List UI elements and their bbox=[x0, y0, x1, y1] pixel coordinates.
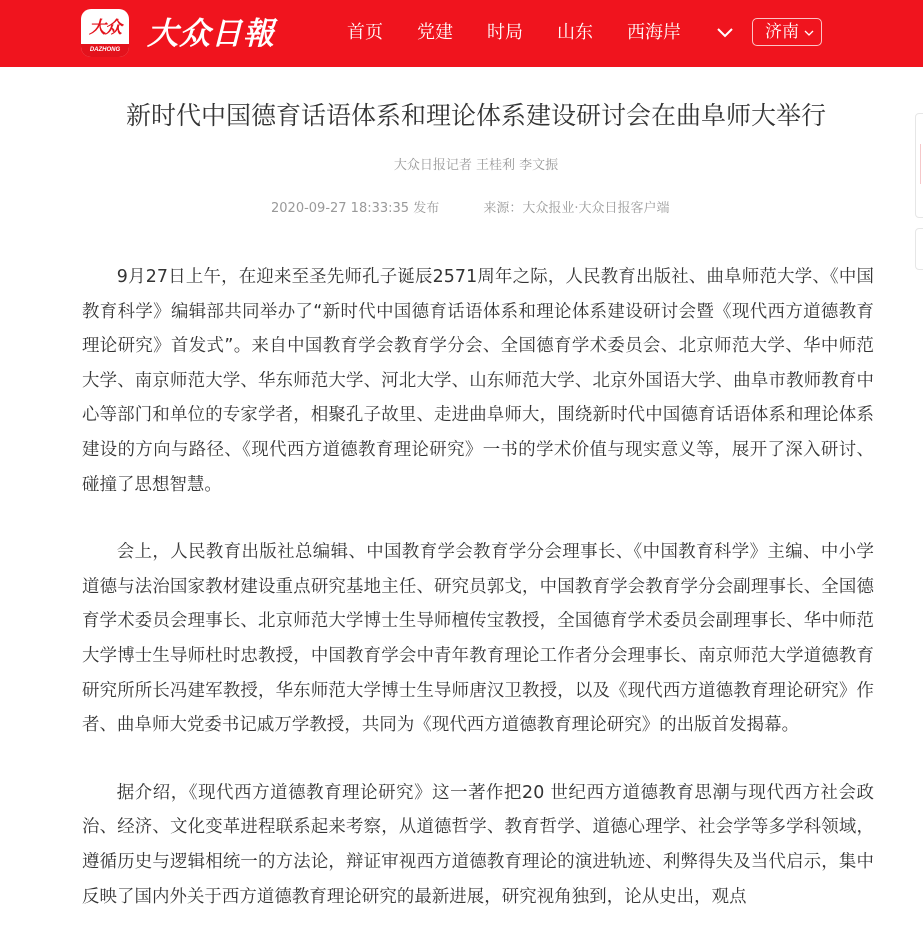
article-meta: 2020-09-27 18:33:35 发布 来源：大众报业·大众日报客户端 bbox=[271, 198, 669, 220]
nav-item-west-coast[interactable]: 西海岸 bbox=[627, 20, 681, 46]
app-logo-band: DAZHONG bbox=[81, 44, 129, 57]
city-selector-label: 济南 bbox=[765, 19, 799, 45]
nav-item-shandong[interactable]: 山东 bbox=[557, 20, 593, 46]
article-source: 来源：大众报业·大众日报客户端 bbox=[483, 201, 669, 216]
article-body: 9月27日上午，在迎来至圣先师孔子诞辰2571周年之际，人民教育出版社、曲阜师范… bbox=[82, 260, 874, 914]
site-header: 大众 DAZHONG 大众日報 首页 党建 时局 山东 西海岸 济南 bbox=[0, 0, 923, 67]
article-paragraph: 9月27日上午，在迎来至圣先师孔子诞辰2571周年之际，人民教育出版社、曲阜师范… bbox=[82, 260, 874, 502]
article-paragraph: 据介绍，《现代西方道德教育理论研究》这一著作把20 世纪西方道德教育思潮与现代西… bbox=[82, 776, 874, 914]
article-title: 新时代中国德育话语体系和理论体系建设研讨会在曲阜师大举行 bbox=[0, 96, 923, 136]
app-logo-glyph: 大众 bbox=[85, 13, 125, 43]
brand-logo[interactable]: 大众日報 bbox=[147, 12, 275, 56]
publish-time: 2020-09-27 18:33:35 发布 bbox=[271, 201, 439, 216]
floating-action-button[interactable] bbox=[915, 228, 923, 270]
article-paragraph: 会上，人民教育出版社总编辑、中国教育学会教育学分会理事长、《中国教育科学》主编、… bbox=[82, 535, 874, 743]
nav-more-button[interactable] bbox=[714, 22, 736, 44]
nav-item-current-affairs[interactable]: 时局 bbox=[487, 20, 523, 46]
nav-item-party[interactable]: 党建 bbox=[417, 20, 453, 46]
city-selector[interactable]: 济南 bbox=[752, 18, 822, 46]
chevron-down-icon bbox=[714, 22, 736, 44]
chevron-down-icon bbox=[803, 27, 815, 39]
app-logo-icon[interactable]: 大众 DAZHONG bbox=[81, 9, 129, 57]
nav-item-home[interactable]: 首页 bbox=[347, 20, 383, 46]
article-byline: 大众日报记者 王桂利 李文振 bbox=[0, 155, 923, 177]
floating-share-panel[interactable] bbox=[915, 113, 923, 218]
